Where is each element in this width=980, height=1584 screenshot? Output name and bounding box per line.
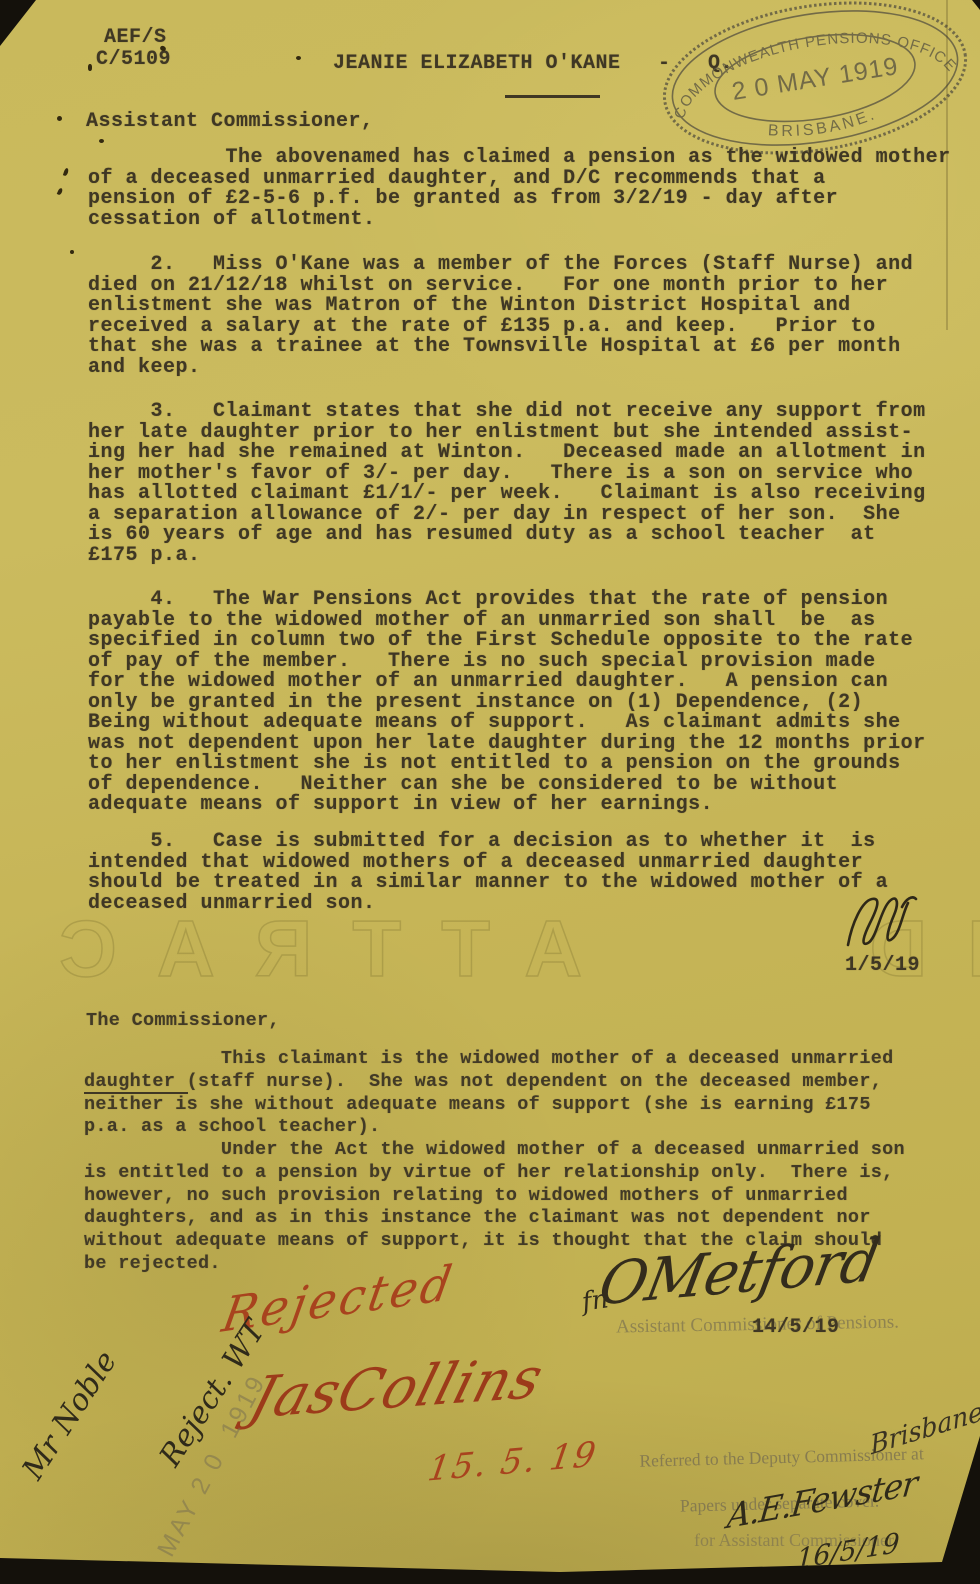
- file-reference: AEF/S: [104, 28, 167, 49]
- file-number: C/5109: [96, 50, 171, 71]
- collins-date: 15. 5. 19: [425, 1434, 600, 1489]
- ink-speck: [63, 168, 69, 177]
- metford-date: 14/5/19: [752, 1318, 840, 1339]
- memo-paragraph-3: 3. Claimant states that she did not rece…: [88, 402, 926, 566]
- scanned-document: AEF/S C/5109 JEANIE ELIZABETH O'KANE - Q…: [0, 0, 980, 1584]
- ink-speck: [57, 116, 62, 121]
- ink-speck: [57, 187, 64, 195]
- ink-speck: [99, 139, 104, 143]
- memo-paragraph-1: The abovenamed has claimed a pension as …: [88, 148, 951, 230]
- memo-date: 1/5/19: [845, 956, 920, 977]
- noble-line1: Mr Noble: [16, 1345, 125, 1486]
- svg-text:BRISBANE.: BRISBANE.: [765, 105, 881, 146]
- commissioner-paragraph-1: This claimant is the widowed mother of a…: [84, 1048, 894, 1139]
- paper-fold-crease: [946, 0, 948, 330]
- memo-paragraph-5: 5. Case is submitted for a decision as t…: [88, 832, 888, 914]
- paper-watermark: BOND ATTRAC: [0, 903, 980, 993]
- title-underline: [505, 95, 600, 98]
- ink-speck: [296, 56, 301, 60]
- collins-signature: JasCollins: [243, 1345, 551, 1432]
- memo-paragraph-2: 2. Miss O'Kane was a member of the Force…: [88, 255, 913, 378]
- salutation-assistant-commissioner: Assistant Commissioner,: [86, 112, 374, 133]
- initials-signature: [842, 893, 922, 955]
- salutation-commissioner: The Commissioner,: [86, 1010, 280, 1033]
- memo-paragraph-4: 4. The War Pensions Act provides that th…: [88, 590, 926, 816]
- underline-daughter: [84, 1092, 188, 1094]
- brisbane-annotation: Brisbane: [869, 1397, 980, 1462]
- ink-speck: [70, 250, 74, 254]
- stamp-arc-bottom: BRISBANE.: [765, 105, 881, 146]
- paper-sheet: AEF/S C/5109 JEANIE ELIZABETH O'KANE - Q…: [0, 0, 980, 1584]
- ink-speck: [88, 64, 92, 71]
- for-abbreviation: fn: [580, 1284, 610, 1317]
- watermark-attrac: ATTRAC: [19, 903, 582, 995]
